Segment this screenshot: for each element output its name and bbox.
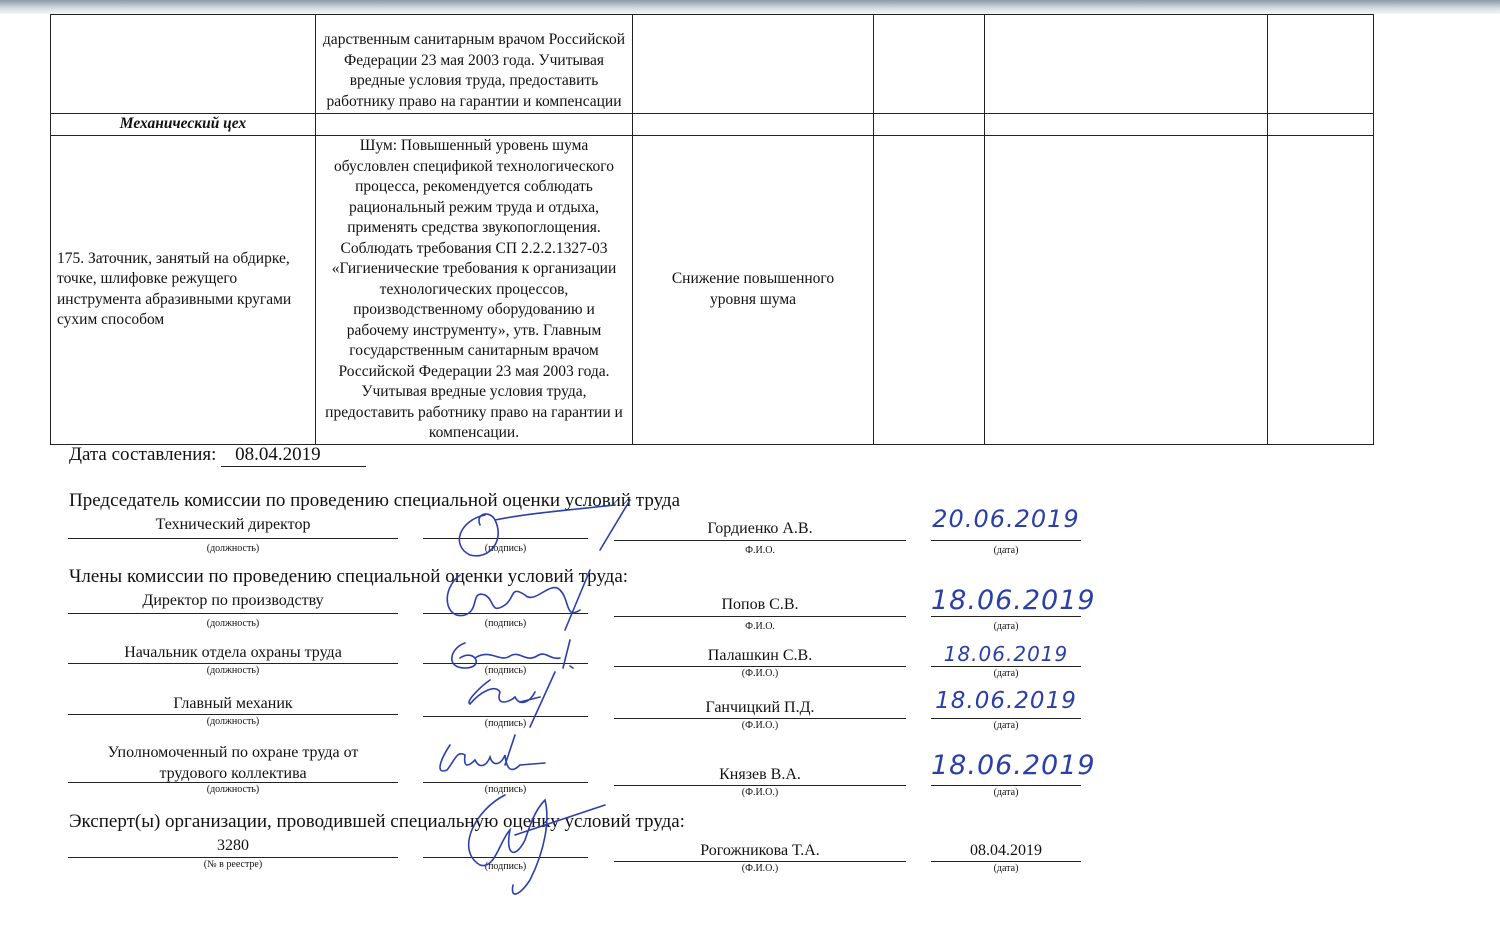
date-caption: (дата) — [931, 787, 1081, 798]
cell-deadline — [874, 136, 985, 445]
compile-date: Дата составления: 08.04.2019 — [69, 444, 366, 467]
table-section-row: Механический цех — [51, 114, 1374, 136]
cell-deadline — [874, 15, 985, 114]
cell-executor — [985, 136, 1268, 445]
member-name: Попов С.В. — [614, 596, 906, 614]
member-position-line1: Уполномоченный по охране труда от — [68, 742, 398, 763]
compile-date-label: Дата составления: — [69, 444, 216, 465]
section-title: Механический цех — [51, 114, 316, 136]
name-caption: (Ф.И.О.) — [614, 787, 906, 798]
position-caption: (должность) — [68, 665, 398, 676]
member-position: Главный механик — [68, 695, 398, 713]
name-caption: (Ф.И.О.) — [614, 720, 906, 731]
chair-date-handwritten: 20.06.2019 — [931, 505, 1081, 533]
member-name: Палашкин С.В. — [614, 647, 906, 665]
date-caption: (дата) — [931, 668, 1081, 679]
chair-name: Гордиенко А.В. — [614, 520, 906, 538]
member-position: Начальник отдела охраны труда — [68, 644, 398, 662]
cell-measures: дарственным санитарным врачом Российской… — [316, 15, 633, 114]
cell-note — [1268, 15, 1374, 114]
measures-table: дарственным санитарным врачом Российской… — [50, 14, 1374, 445]
member-position: Уполномоченный по охране труда от трудов… — [68, 742, 398, 784]
scan-edge-shadow — [0, 0, 1500, 14]
member-date-handwritten: 18.06.2019 — [931, 585, 1081, 616]
expert-date: 08.04.2019 — [931, 842, 1081, 860]
cell-goal — [633, 15, 874, 114]
name-caption: (Ф.И.О.) — [614, 668, 906, 679]
cell-note — [1268, 136, 1374, 445]
member-name: Князев В.А. — [614, 766, 906, 784]
position-caption: (должность) — [68, 784, 398, 795]
date-caption: (дата) — [931, 863, 1081, 874]
cell-workplace — [51, 15, 316, 114]
position-caption: (должность) — [68, 618, 398, 629]
registry-caption: (№ в реестре) — [68, 859, 398, 870]
date-caption: (дата) — [931, 720, 1081, 731]
member-date-handwritten: 18.06.2019 — [931, 642, 1081, 666]
table-row: 175. Заточник, занятый на обдирке, точке… — [51, 136, 1374, 445]
name-caption: (Ф.И.О.) — [614, 863, 906, 874]
member-name: Ганчицкий П.Д. — [614, 699, 906, 717]
member-signature-icon — [460, 672, 600, 732]
date-caption: (дата) — [931, 621, 1081, 632]
table-row-continued: дарственным санитарным врачом Российской… — [51, 15, 1374, 114]
cell-executor — [985, 15, 1268, 114]
expert-name: Рогожникова Т.А. — [614, 842, 906, 860]
chair-position: Технический директор — [68, 516, 398, 534]
position-caption: (должность) — [68, 543, 398, 554]
member-position: Директор по производству — [68, 592, 398, 610]
member-position-line2: трудового коллектива — [68, 763, 398, 784]
member-signature-icon — [440, 570, 620, 630]
member-date-handwritten: 18.06.2019 — [931, 688, 1081, 714]
compile-date-value: 08.04.2019 — [221, 444, 366, 467]
member-signature-icon — [435, 735, 575, 785]
name-caption: Ф.И.О. — [614, 545, 906, 556]
expert-registry-number: 3280 — [68, 837, 398, 855]
cell-goal: Снижение повышенного уровня шума — [633, 136, 874, 445]
date-caption: (дата) — [931, 545, 1081, 556]
expert-signature-icon — [455, 790, 615, 900]
member-date-handwritten: 18.06.2019 — [931, 750, 1081, 781]
position-caption: (должность) — [68, 716, 398, 727]
cell-workplace: 175. Заточник, занятый на обдирке, точке… — [51, 136, 316, 445]
measures-text: дарственным санитарным врачом Российской… — [323, 31, 625, 110]
name-caption: Ф.И.О. — [614, 621, 906, 632]
chair-signature-icon — [440, 505, 640, 565]
cell-measures: Шум: Повышенный уровень шума обусловлен … — [316, 136, 633, 445]
